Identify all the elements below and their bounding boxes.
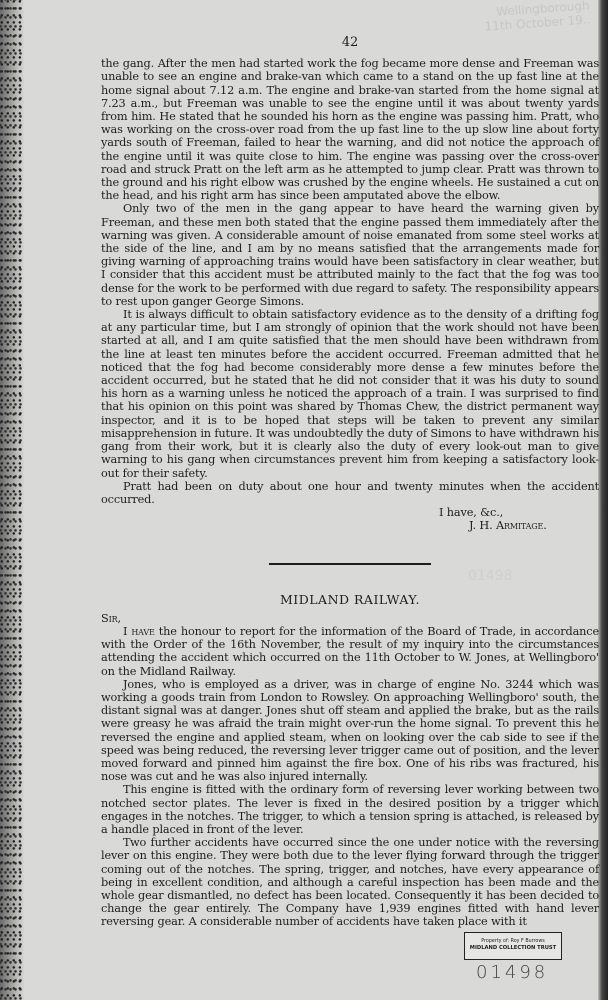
section-divider: [269, 563, 431, 565]
signature: J. H. Armitage.: [469, 519, 599, 532]
paragraph: Jones, who is employed as a driver, was …: [101, 678, 599, 784]
paragraph: I have the honour to report for the info…: [101, 625, 599, 678]
scan-left-edge: [0, 0, 24, 1000]
scan-right-edge: [598, 0, 608, 1000]
collection-stamp: Property of: Roy F Burrows MIDLAND COLLE…: [464, 932, 562, 960]
paragraph-text: the honour to report for the information…: [101, 625, 599, 678]
page-number: 42: [101, 36, 599, 49]
archive-number: 01498: [476, 962, 548, 983]
paragraph: This engine is fitted with the ordinary …: [101, 783, 599, 836]
paragraph: Pratt had been on duty about one hour an…: [101, 480, 599, 506]
opening-word: I have: [123, 625, 155, 638]
stamp-owner: Property of: Roy F Burrows: [465, 938, 561, 945]
pencil-annotation: Wellingborough 11th October 19..: [483, 0, 591, 34]
closing: I have, &c.,: [439, 506, 599, 519]
paragraph: Only two of the men in the gang appear t…: [101, 202, 599, 308]
paragraph: the gang. After the men had started work…: [101, 57, 599, 202]
salutation: Sir,: [101, 612, 599, 625]
paragraph: Two further accidents have occurred sinc…: [101, 836, 599, 928]
paragraph: It is always difficult to obtain satisfa…: [101, 308, 599, 480]
stamp-collection: MIDLAND COLLECTION TRUST: [465, 945, 561, 952]
section-heading: MIDLAND RAILWAY.: [101, 593, 599, 606]
document-page: 42 the gang. After the men had started w…: [101, 30, 599, 929]
